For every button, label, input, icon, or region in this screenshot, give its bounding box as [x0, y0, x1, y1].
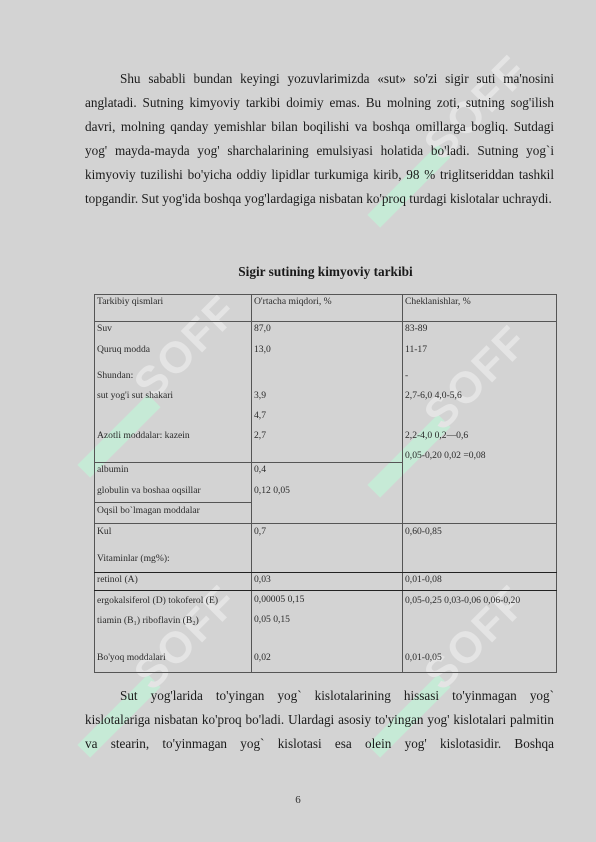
table-cell: Bo'yoq moddalari: [97, 652, 166, 664]
table-cell: 2,2-4,0 0,2—0,6: [405, 430, 468, 442]
table-cell: Quruq modda: [97, 344, 150, 356]
table-cell: tiamin (B₁) riboflavin (B₂): [97, 615, 199, 627]
table-cell: Oqsil bo`lmagan moddalar: [97, 505, 200, 517]
paragraph-text: Sut yog'larida to'yingan yog` kislotalar…: [85, 684, 554, 756]
table-cell: Kul: [97, 526, 111, 538]
table-cell: Shundan:: [97, 370, 133, 382]
table-cell: 4,7: [254, 410, 266, 422]
table-cell: 87,0: [254, 323, 271, 335]
table-cell: 0,03: [254, 574, 271, 586]
table-cell: 0,05 0,15: [254, 614, 290, 626]
paragraph-fatty-acids: Sut yog'larida to'yingan yog` kislotalar…: [85, 684, 554, 756]
table-cell: globulin va boshaa oqsillar: [97, 485, 201, 497]
table-cell: 83-89: [405, 323, 427, 335]
table-cell: 0,7: [254, 526, 266, 538]
column-header: Cheklanishlar, %: [405, 296, 471, 308]
table-cell: 13,0: [254, 344, 271, 356]
page-number: 6: [0, 794, 596, 806]
table-cell: 11-17: [405, 344, 427, 356]
table-cell: 3,9: [254, 390, 266, 402]
table-cell: Azotli moddalar: kazein: [97, 430, 190, 442]
composition-table: Tarkibiy qismlari O'rtacha miqdori, % Ch…: [94, 294, 557, 672]
table-cell: 0,01-0,08: [405, 574, 442, 586]
table-cell: retinol (A): [97, 574, 138, 586]
table-cell: albumin: [97, 464, 128, 476]
column-header: O'rtacha miqdori, %: [254, 296, 332, 308]
table-cell: 2,7-6,0 4,0-5,6: [405, 390, 462, 402]
table-cell: 0,00005 0,15: [254, 594, 304, 606]
table-cell: 0,05-0,20 0,02 =0,08: [405, 450, 486, 462]
table-cell: Suv: [97, 323, 112, 335]
table-cell: Vitaminlar (mg%):: [97, 553, 170, 565]
table-title: Sigir sutining kimyoviy tarkibi: [94, 264, 557, 280]
table-cell: 0,60-0,85: [405, 526, 442, 538]
table-cell: ergokalsiferol (D) tokoferol (E): [97, 595, 218, 607]
table-cell: 2,7: [254, 430, 266, 442]
paragraph-intro: Shu sababli bundan keyingi yozuvlarimizd…: [85, 67, 554, 212]
table-cell: sut yog'i sut shakari: [97, 390, 173, 402]
paragraph-text: Shu sababli bundan keyingi yozuvlarimizd…: [85, 67, 554, 212]
column-header: Tarkibiy qismlari: [97, 296, 163, 308]
table-cell: 0,02: [254, 652, 271, 664]
table-cell: 0,4: [254, 464, 266, 476]
table-cell: 0,12 0,05: [254, 485, 290, 497]
table-cell: 0,05-0,25 0,03-0,06 0,06-0,20: [405, 595, 520, 607]
table-cell: 0,01-0,05: [405, 652, 442, 664]
table-cell: -: [405, 370, 408, 382]
